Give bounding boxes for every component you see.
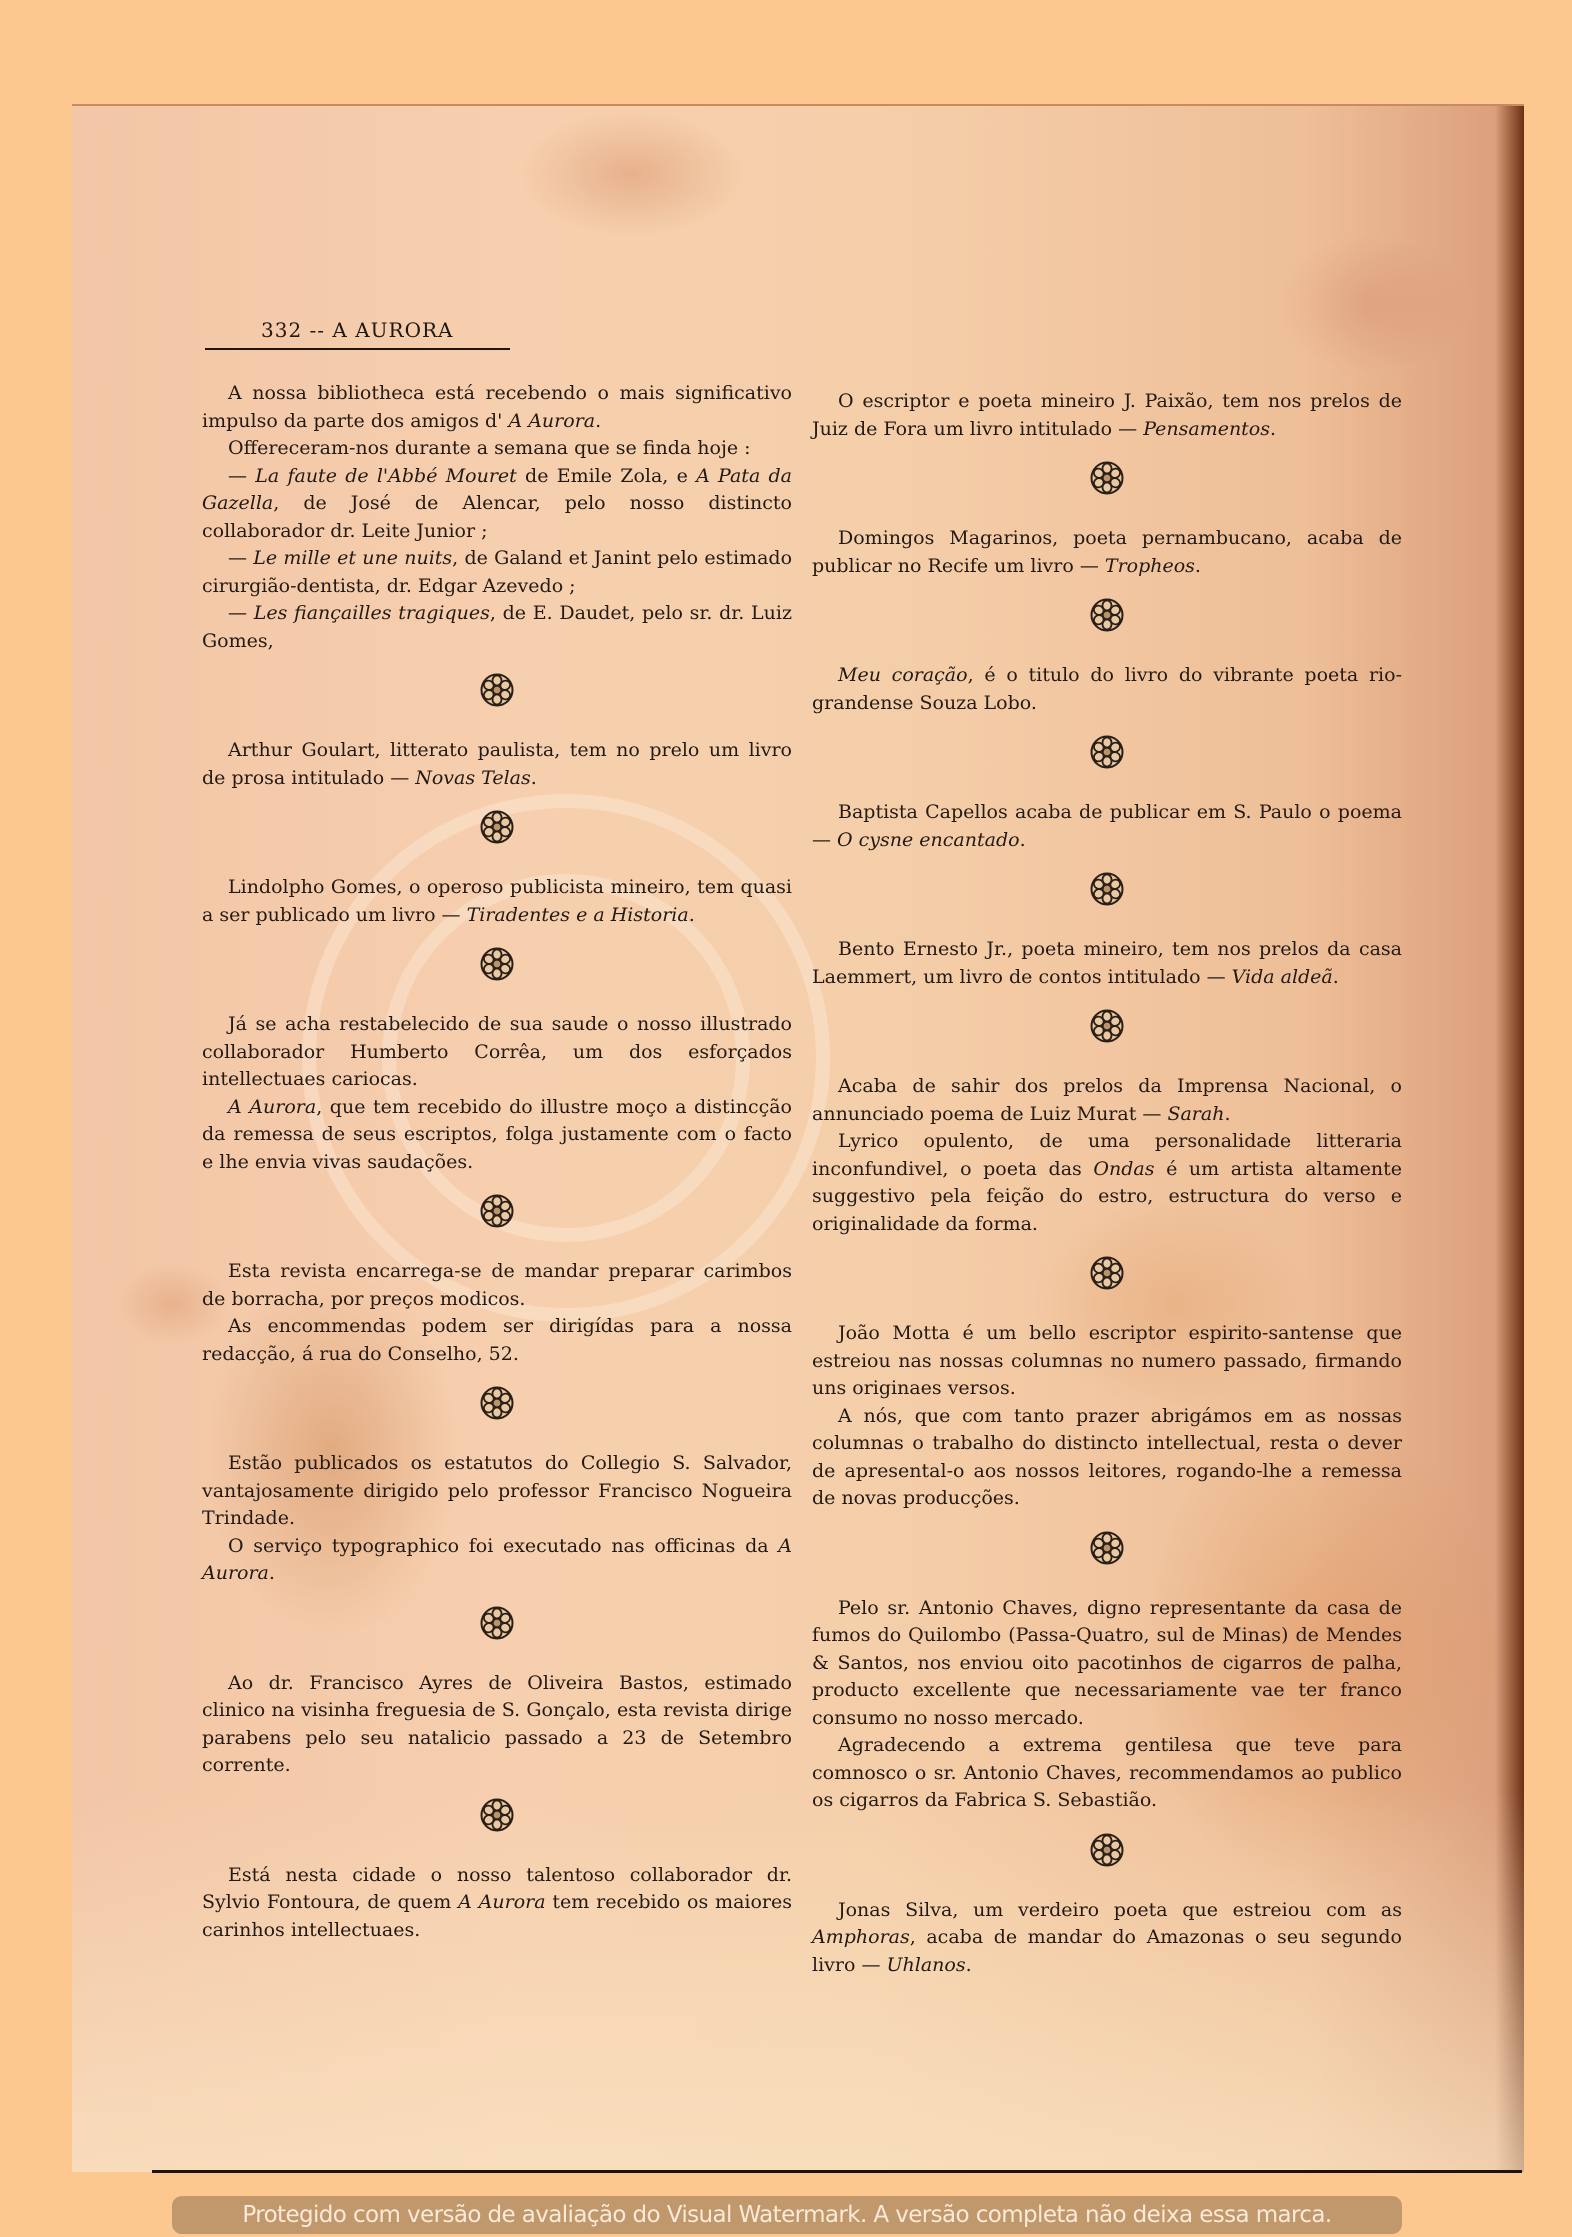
rosette-ornament-icon: [1090, 1009, 1124, 1043]
italic-title: A Aurora: [508, 410, 595, 432]
rosette-ornament-icon: [480, 1798, 514, 1832]
watermark-banner-text: Protegido com versão de avaliação do Vis…: [242, 2202, 1331, 2228]
paragraph: Lyrico opulento, de uma personalidade li…: [812, 1128, 1402, 1238]
rosette-ornament-icon: [1090, 1833, 1124, 1867]
italic-title: A Aurora: [458, 1891, 545, 1913]
text-run: Pelo sr. Antonio Chaves, digno represent…: [812, 1597, 1402, 1729]
text-run: .: [1020, 829, 1026, 851]
italic-title: O cysne encantado: [837, 829, 1020, 851]
text-run: .: [531, 767, 537, 789]
paragraph: Bento Ernesto Jr., poeta mineiro, tem no…: [812, 936, 1402, 991]
rosette-ornament-icon: [480, 1386, 514, 1420]
rosette-ornament-icon: [1090, 872, 1124, 906]
paragraph: Jonas Silva, um verdeiro poeta que estre…: [812, 1897, 1402, 1980]
news-item: O escriptor e poeta mineiro J. Paixão, t…: [812, 388, 1402, 443]
news-item: Lindolpho Gomes, o operoso publicista mi…: [202, 874, 792, 929]
paragraph: Arthur Goulart, litterato paulista, tem …: [202, 737, 792, 792]
rosette-ornament-icon: [1090, 1531, 1124, 1565]
news-item: Jonas Silva, um verdeiro poeta que estre…: [812, 1897, 1402, 1980]
bottom-rule: [152, 2170, 1522, 2173]
paragraph: — Les fiançailles tragiques, de E. Daude…: [202, 600, 792, 655]
paragraph: A Aurora, que tem recebido do illustre m…: [202, 1094, 792, 1177]
news-item: Acaba de sahir dos prelos da Imprensa Na…: [812, 1073, 1402, 1238]
rosette-ornament-icon: [1090, 1256, 1124, 1290]
text-run: A nossa bibliotheca está recebendo o mai…: [202, 382, 792, 432]
paragraph: O escriptor e poeta mineiro J. Paixão, t…: [812, 388, 1402, 443]
paragraph: Acaba de sahir dos prelos da Imprensa Na…: [812, 1073, 1402, 1128]
italic-title: Tiradentes e a Historia: [467, 904, 689, 926]
page-header: 332 -- A AURORA: [205, 318, 510, 350]
paragraph: Lindolpho Gomes, o operoso publicista mi…: [202, 874, 792, 929]
italic-title: Meu coração: [838, 664, 968, 686]
paragraph: Baptista Capellos acaba de publicar em S…: [812, 799, 1402, 854]
italic-title: Les fiançailles tragiques: [254, 602, 490, 624]
text-run: .: [1333, 966, 1339, 988]
news-item: Pelo sr. Antonio Chaves, digno represent…: [812, 1595, 1402, 1815]
paragraph: O serviço typographico foi executado nas…: [202, 1533, 792, 1588]
paragraph: A nossa bibliotheca está recebendo o mai…: [202, 380, 792, 435]
text-run: A nós, que com tanto prazer abrigámos em…: [812, 1405, 1402, 1510]
italic-title: Uhlanos: [887, 1954, 966, 1976]
text-run: João Motta é um bello escriptor espirito…: [812, 1322, 1402, 1399]
text-run: —: [228, 602, 254, 624]
italic-title: Le mille et une nuits: [253, 547, 452, 569]
rosette-ornament-icon: [480, 947, 514, 981]
paragraph: João Motta é um bello escriptor espirito…: [812, 1320, 1402, 1403]
paragraph: Pelo sr. Antonio Chaves, digno represent…: [812, 1595, 1402, 1733]
news-item: A nossa bibliotheca está recebendo o mai…: [202, 380, 792, 655]
italic-title: Pensamentos: [1143, 418, 1270, 440]
rosette-ornament-icon: [480, 1194, 514, 1228]
watermark-banner: Protegido com versão de avaliação do Vis…: [172, 2196, 1402, 2234]
text-run: Já se acha restabelecido de sua saude o …: [202, 1013, 792, 1090]
text-run: .: [966, 1954, 972, 1976]
paragraph: Offereceram-nos durante a semana que se …: [202, 435, 792, 463]
text-run: Esta revista encarrega-se de mandar prep…: [202, 1260, 792, 1310]
italic-title: A Aurora: [228, 1096, 316, 1118]
paragraph: Esta revista encarrega-se de mandar prep…: [202, 1258, 792, 1313]
text-run: —: [228, 547, 253, 569]
italic-title: Novas Telas: [415, 767, 531, 789]
news-item: Estão publicados os estatutos do Collegi…: [202, 1450, 792, 1588]
page-number: 332: [261, 318, 302, 342]
paragraph: Está nesta cidade o nosso talentoso coll…: [202, 1862, 792, 1945]
italic-title: Ondas: [1093, 1158, 1154, 1180]
italic-title: Amphoras: [812, 1926, 910, 1948]
news-item: Está nesta cidade o nosso talentoso coll…: [202, 1862, 792, 1945]
news-item: Domingos Magarinos, poeta pernambucano, …: [812, 525, 1402, 580]
header-separator: --: [310, 318, 326, 342]
left-column: A nossa bibliotheca está recebendo o mai…: [202, 380, 792, 1944]
magazine-title: A AURORA: [332, 318, 453, 342]
news-item: Baptista Capellos acaba de publicar em S…: [812, 799, 1402, 854]
rosette-ornament-icon: [1090, 735, 1124, 769]
news-item: Arthur Goulart, litterato paulista, tem …: [202, 737, 792, 792]
rosette-ornament-icon: [480, 1606, 514, 1640]
text-run: .: [269, 1562, 275, 1584]
paragraph: As encommendas podem ser dirigídas para …: [202, 1313, 792, 1368]
text-run: —: [228, 465, 255, 487]
text-run: de Emile Zola, e: [517, 465, 696, 487]
italic-title: Tropheos: [1105, 555, 1195, 577]
text-run: .: [689, 904, 695, 926]
paragraph: Meu coração, é o titulo do livro do vibr…: [812, 662, 1402, 717]
paragraph: Domingos Magarinos, poeta pernambucano, …: [812, 525, 1402, 580]
paragraph: — La faute de l'Abbé Mouret de Emile Zol…: [202, 463, 792, 546]
text-run: , de José de Alencar, pelo nosso distinc…: [202, 492, 792, 542]
text-run: Estão publicados os estatutos do Collegi…: [202, 1452, 792, 1529]
rosette-ornament-icon: [1090, 461, 1124, 495]
text-run: O escriptor e poeta mineiro J. Paixão, t…: [812, 390, 1402, 440]
paragraph: Já se acha restabelecido de sua saude o …: [202, 1011, 792, 1094]
paragraph: Ao dr. Francisco Ayres de Oliveira Basto…: [202, 1670, 792, 1780]
paragraph: — Le mille et une nuits, de Galand et Ja…: [202, 545, 792, 600]
text-run: .: [595, 410, 601, 432]
rosette-ornament-icon: [1090, 598, 1124, 632]
paragraph: Estão publicados os estatutos do Collegi…: [202, 1450, 792, 1533]
italic-title: La faute de l'Abbé Mouret: [255, 465, 517, 487]
text-run: .: [1270, 418, 1276, 440]
text-run: Offereceram-nos durante a semana que se …: [228, 437, 751, 459]
text-run: Ao dr. Francisco Ayres de Oliveira Basto…: [202, 1672, 792, 1777]
italic-title: Sarah: [1167, 1103, 1224, 1125]
news-item: Já se acha restabelecido de sua saude o …: [202, 1011, 792, 1176]
paragraph: Agradecendo a extrema gentilesa que teve…: [812, 1732, 1402, 1815]
rosette-ornament-icon: [480, 810, 514, 844]
text-run: O serviço typographico foi executado nas…: [228, 1535, 778, 1557]
text-run: As encommendas podem ser dirigídas para …: [202, 1315, 792, 1365]
news-item: Meu coração, é o titulo do livro do vibr…: [812, 662, 1402, 717]
news-item: Ao dr. Francisco Ayres de Oliveira Basto…: [202, 1670, 792, 1780]
rosette-ornament-icon: [480, 673, 514, 707]
news-item: João Motta é um bello escriptor espirito…: [812, 1320, 1402, 1513]
right-column: O escriptor e poeta mineiro J. Paixão, t…: [812, 388, 1402, 1979]
news-item: Esta revista encarrega-se de mandar prep…: [202, 1258, 792, 1368]
text-run: Agradecendo a extrema gentilesa que teve…: [812, 1734, 1402, 1811]
text-run: Jonas Silva, um verdeiro poeta que estre…: [838, 1899, 1402, 1921]
news-item: Bento Ernesto Jr., poeta mineiro, tem no…: [812, 936, 1402, 991]
text-run: .: [1224, 1103, 1230, 1125]
italic-title: Vida aldeã: [1232, 966, 1333, 988]
text-run: Acaba de sahir dos prelos da Imprensa Na…: [812, 1075, 1402, 1125]
text-run: .: [1195, 555, 1201, 577]
paragraph: A nós, que com tanto prazer abrigámos em…: [812, 1403, 1402, 1513]
